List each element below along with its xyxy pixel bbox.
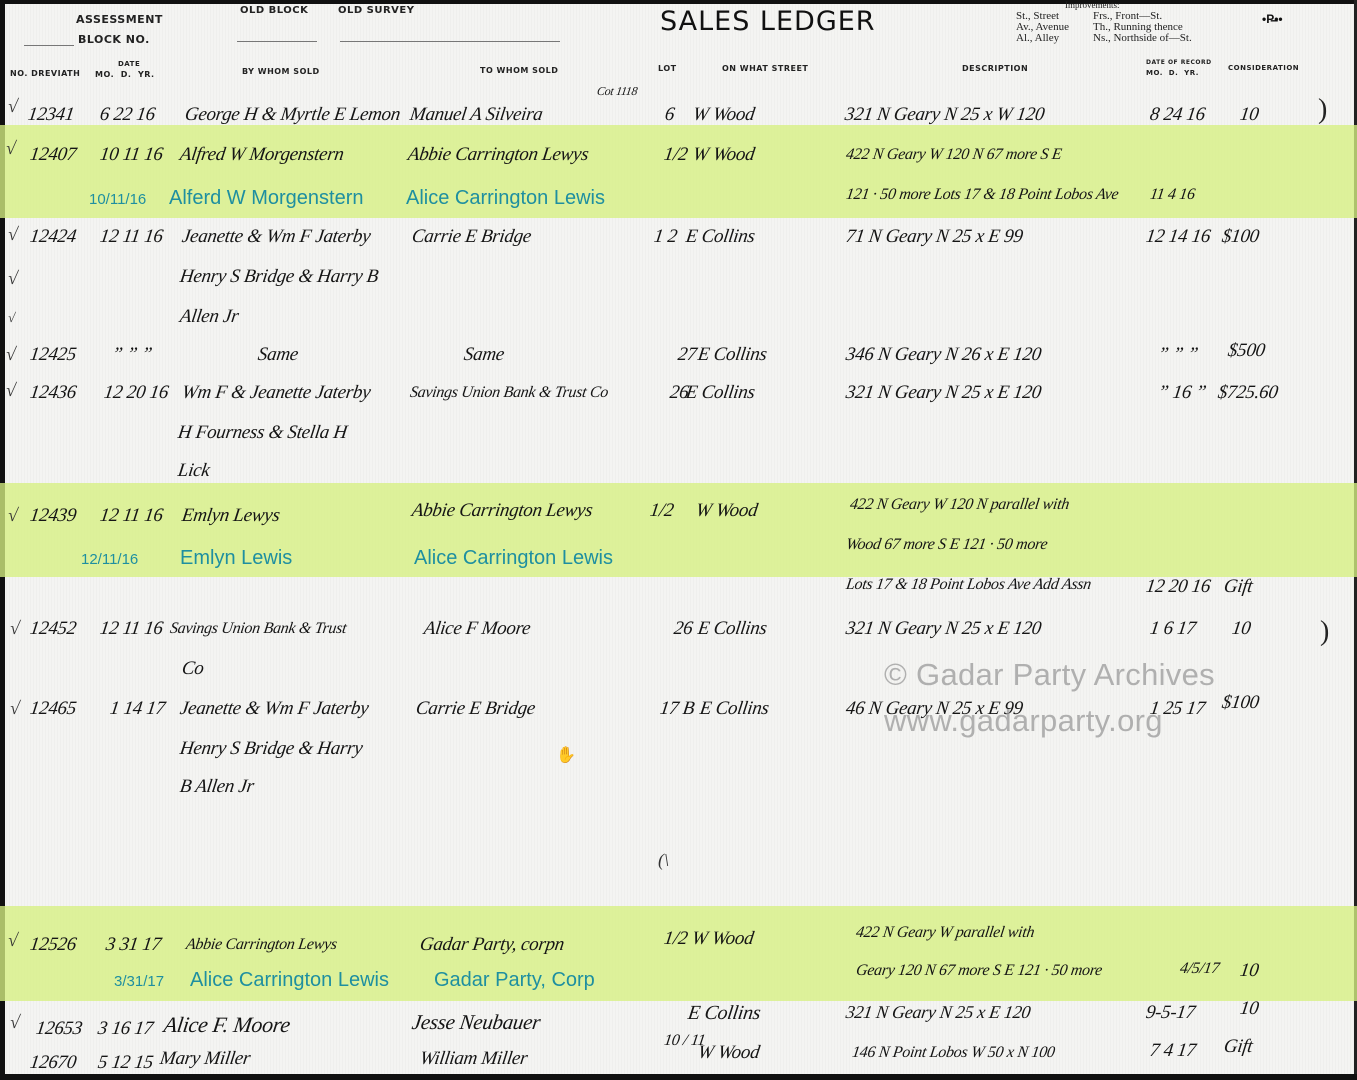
lot: 6 <box>663 104 675 126</box>
consideration: $100 <box>1220 226 1260 248</box>
description-line: Wood 67 more S E 121 · 50 more <box>845 536 1049 554</box>
description-line: 321 N Geary N 25 x E 120 <box>844 618 1042 640</box>
date-of-record: 9-5-17 <box>1144 1002 1196 1024</box>
date-of-record: ” ” ” <box>1156 344 1199 366</box>
check-mark: √ <box>5 344 18 365</box>
page-mark: (\ <box>658 850 669 871</box>
by-whom-sold: Savings Union Bank & Trust <box>169 620 348 638</box>
description-line: 321 N Geary N 25 x E 120 <box>845 1002 1032 1023</box>
ledger-page: ASSESSMENT BLOCK NO. OLD BLOCK OLD SURVE… <box>0 0 1357 1080</box>
entry-number: 12465 <box>28 698 77 720</box>
to-whom-sold: Carrie E Bridge <box>414 698 536 720</box>
lot: 1/2 <box>662 144 688 166</box>
street: W Wood <box>691 104 755 126</box>
by-whom-sold: Same <box>256 344 299 366</box>
by-whom-sold-continued: Co <box>180 658 205 680</box>
by-whom-sold-continued: Henry S Bridge & Harry <box>178 738 363 760</box>
check-mark: √ <box>7 268 20 289</box>
check-mark: √ <box>7 310 16 326</box>
date-of-record: ” 16 ” <box>1156 382 1207 404</box>
col-date-of-record-top: DATE OF RECORD <box>1146 59 1212 66</box>
check-mark: √ <box>7 96 20 117</box>
entry-date: 12 20 16 <box>102 382 169 404</box>
description-line: 422 N Geary W parallel with <box>855 924 1036 942</box>
to-whom-sold: Abbie Carrington Lewys <box>406 144 589 166</box>
col-no-abbreviate: NO. DREVIATH <box>10 69 80 78</box>
street: W Wood <box>690 928 754 950</box>
to-whom-sold-note: Cot 1118 <box>596 84 638 99</box>
col-consideration: CONSIDERATION <box>1228 64 1299 72</box>
description-line: 346 N Geary N 26 x E 120 <box>844 344 1042 366</box>
entry-number: 12425 <box>28 344 77 366</box>
to-whom-sold: Same <box>462 344 505 366</box>
entry-date: 6 22 16 <box>98 104 156 126</box>
date-of-record: 1 6 17 <box>1148 618 1197 640</box>
lot: 1 2 <box>652 226 678 248</box>
consideration: $725.60 <box>1216 382 1279 404</box>
street: W Wood <box>691 144 755 166</box>
to-whom-sold: Alice F Moore <box>422 618 531 640</box>
consideration: 10 <box>1238 104 1259 126</box>
scan-border-bottom <box>0 1074 1357 1080</box>
abbrev-alley: Al., Alley <box>1016 33 1059 44</box>
annotation-date: 10/11/16 <box>89 191 146 208</box>
entry-number: 12341 <box>26 104 75 126</box>
to-whom-sold: Manuel A Silveira <box>408 104 544 126</box>
check-mark: √ <box>7 224 20 245</box>
description-line: 146 N Point Lobos W 50 x N 100 <box>851 1044 1056 1062</box>
by-whom-sold: Alfred W Morgenstern <box>178 144 345 166</box>
annotation-seller: Alferd W Morgenstern <box>169 187 364 210</box>
description-line: Geary 120 N 67 more S E 121 · 50 more <box>855 962 1103 980</box>
consideration: Gift <box>1222 576 1253 598</box>
street: E Collins <box>684 226 756 248</box>
by-whom-sold: Wm F & Jeanette Jaterby <box>180 382 371 404</box>
lot: 1/2 <box>648 500 674 522</box>
col-date-top: DATE <box>118 60 140 68</box>
street: W Wood <box>694 500 758 522</box>
lot: 1/2 <box>662 928 688 950</box>
hand-icon: ✋ <box>556 745 576 765</box>
lot: 27 <box>676 344 697 366</box>
consideration: 10 <box>1230 618 1251 640</box>
consideration: 10 <box>1238 998 1259 1020</box>
by-whom-sold: Jeanette & Wm F Jaterby <box>178 698 369 720</box>
description-line: 71 N Geary N 25 x E 99 <box>844 226 1024 248</box>
consideration: $500 <box>1226 340 1266 362</box>
date-of-record: 12 20 16 <box>1144 576 1211 598</box>
by-whom-sold-continued: H Fourness & Stella H <box>176 422 348 444</box>
description-line: 422 N Geary W 120 N 67 more S E <box>845 146 1063 164</box>
old-survey-label: OLD SURVEY <box>338 5 415 16</box>
by-whom-sold: Emlyn Lewys <box>180 505 281 527</box>
entry-date: 12 11 16 <box>98 505 164 527</box>
col-date-sub: MO. D. YR. <box>95 70 155 79</box>
watermark-copyright: © Gadar Party Archives <box>884 657 1215 693</box>
date-of-record: 8 24 16 <box>1148 104 1206 126</box>
entry-number: 12670 <box>28 1052 77 1074</box>
entry-number: 12439 <box>28 505 77 527</box>
description-line: 121 · 50 more Lots 17 & 18 Point Lobos A… <box>845 186 1120 204</box>
old-block-line <box>237 41 317 42</box>
entry-date: 10 11 16 <box>98 144 164 166</box>
lot: 26 <box>672 618 693 640</box>
to-whom-sold: Carrie E Bridge <box>410 226 532 248</box>
col-lot: LOT <box>658 64 677 73</box>
by-whom-sold: Mary Miller <box>158 1048 251 1070</box>
annotation-buyer: Alice Carrington Lewis <box>406 187 605 210</box>
watermark-url: www.gadarparty.org <box>884 703 1163 739</box>
scan-border-top <box>0 0 1357 4</box>
by-whom-sold: Abbie Carrington Lewys <box>185 936 338 954</box>
col-date-of-record-sub: MO. D. YR. <box>1146 69 1199 77</box>
to-whom-sold: William Miller <box>418 1048 528 1070</box>
check-mark: √ <box>9 618 22 639</box>
entry-date: 12 11 16 <box>98 618 164 640</box>
annotation-seller: Alice Carrington Lewis <box>190 969 389 992</box>
entry-date: 3 31 17 <box>104 934 162 956</box>
date-of-record: 12 14 16 <box>1144 226 1211 248</box>
date-of-record: 7 4 17 <box>1148 1040 1197 1062</box>
date-of-record: 4/5/17 <box>1179 960 1221 978</box>
description-line: 321 N Geary N 25 x E 120 <box>844 382 1042 404</box>
by-whom-sold-continued: Allen Jr <box>178 306 239 328</box>
by-whom-sold: George H & Myrtle E Lemon <box>183 104 401 126</box>
to-whom-sold: Jesse Neubauer <box>410 1010 542 1035</box>
entry-number: 12407 <box>28 144 77 166</box>
bracket-mark: ) <box>1320 616 1329 648</box>
annotation-seller: Emlyn Lewis <box>180 547 292 570</box>
annotation-date: 12/11/16 <box>81 551 138 568</box>
entry-date: 12 11 16 <box>98 226 164 248</box>
by-whom-sold: Jeanette & Wm F Jaterby <box>180 226 371 248</box>
by-whom-sold: Alice F. Moore <box>162 1012 292 1038</box>
entry-date: 3 16 17 <box>96 1018 154 1040</box>
consideration: Gift <box>1222 1036 1253 1058</box>
entry-date: 1 14 17 <box>108 698 166 720</box>
old-block-label: OLD BLOCK <box>240 5 308 16</box>
bracket-mark: ) <box>1318 94 1327 126</box>
street: E Collins <box>698 698 770 720</box>
entry-date: ” ” ” <box>110 344 153 366</box>
street: E Collins <box>696 618 768 640</box>
block-no-line <box>24 45 74 46</box>
date-of-record: 11 4 16 <box>1149 186 1196 204</box>
check-mark: √ <box>9 1012 22 1033</box>
annotation-buyer: Gadar Party, Corp <box>434 969 595 992</box>
check-mark: √ <box>5 380 18 401</box>
stamp-mark: •P̶̶•• <box>1262 12 1283 26</box>
entry-number: 12452 <box>28 618 77 640</box>
assessment-label: ASSESSMENT <box>76 13 163 26</box>
entry-number: 12436 <box>28 382 77 404</box>
street: E Collins <box>686 1002 762 1025</box>
to-whom-sold: Savings Union Bank & Trust Co <box>409 384 610 402</box>
entry-number: 12424 <box>28 226 77 248</box>
by-whom-sold-continued: Henry S Bridge & Harry B <box>178 266 379 288</box>
description-line: 422 N Geary W 120 N parallel with <box>849 496 1071 514</box>
to-whom-sold: Gadar Party, corpn <box>418 934 565 956</box>
block-no-label: BLOCK NO. <box>78 33 150 46</box>
to-whom-sold: Abbie Carrington Lewys <box>410 500 593 522</box>
entry-number: 12653 <box>34 1018 83 1040</box>
street: W Wood <box>696 1042 760 1064</box>
entry-date: 5 12 15 <box>96 1052 154 1074</box>
col-by-whom-sold: BY WHOM SOLD <box>242 67 320 76</box>
col-on-what-street: ON WHAT STREET <box>722 64 808 73</box>
consideration: 10 <box>1238 960 1259 982</box>
street: E Collins <box>684 382 756 404</box>
consideration: $100 <box>1220 692 1260 714</box>
annotation-buyer: Alice Carrington Lewis <box>414 547 613 570</box>
lot: 17 B <box>658 698 695 720</box>
entry-number: 12526 <box>28 934 77 956</box>
old-survey-line <box>340 41 560 42</box>
check-mark: √ <box>9 698 22 719</box>
street: E Collins <box>696 344 768 366</box>
by-whom-sold-continued: Lick <box>176 460 211 482</box>
by-whom-sold-continued: B Allen Jr <box>178 776 255 798</box>
col-description: DESCRIPTION <box>962 64 1028 73</box>
page-title: SALES LEDGER <box>660 6 876 37</box>
col-to-whom-sold: TO WHOM SOLD <box>480 66 558 75</box>
annotation-date: 3/31/17 <box>114 973 164 990</box>
abbrev-northside: Ns., Northside of—St. <box>1093 33 1192 44</box>
description-line: 321 N Geary N 25 x W 120 <box>843 104 1045 126</box>
description-line: Lots 17 & 18 Point Lobos Ave Add Assn <box>845 576 1092 594</box>
